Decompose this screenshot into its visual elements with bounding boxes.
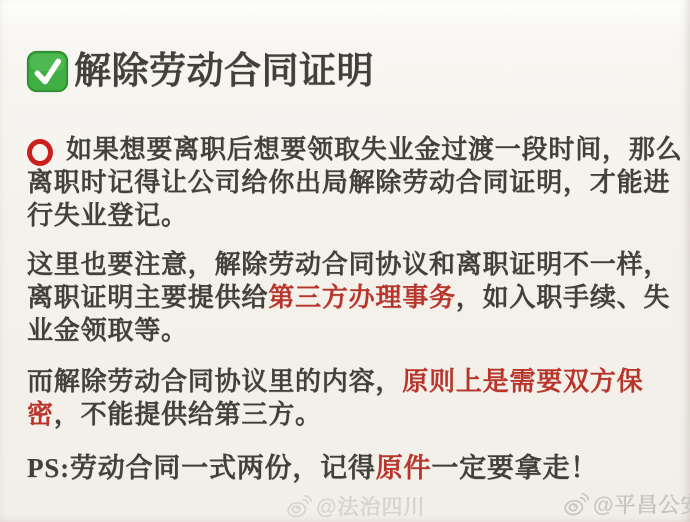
page-title: 解除劳动合同证明 — [26, 50, 374, 93]
body-text: 离职证明主要提供给 — [27, 283, 268, 312]
text-line: 如果想要离职后想要领取失业金过渡一段时间，那么 — [27, 133, 675, 166]
body-text: 而解除劳动合同协议里的内容， — [27, 367, 402, 396]
weibo-icon — [563, 491, 590, 518]
body-text: PS:劳动合同一式两份，记得 — [27, 453, 376, 483]
body-text: 行失业登记。 — [27, 201, 188, 230]
text-line: 离职证明主要提供给第三方办理事务，如入职手续、失 — [27, 281, 675, 314]
paragraph-unemployment-benefit: 如果想要离职后想要领取失业金过渡一段时间，那么离职时记得让公司给你出局解除劳动合… — [27, 133, 675, 232]
highlight-red-text: 第三方办理事务 — [268, 283, 456, 312]
text-line: 密，不能提供给第三方。 — [27, 398, 675, 431]
check-mark-icon — [26, 50, 69, 93]
paragraph-ps-note: PS:劳动合同一式两份，记得原件一定要拿走！ — [27, 451, 675, 486]
text-line: 而解除劳动合同协议里的内容，原则上是需要双方保 — [27, 365, 675, 398]
body-text: 如果想要离职后想要领取失业金过渡一段时间，那么 — [66, 135, 682, 164]
poster: 解除劳动合同证明 如果想要离职后想要领取失业金过渡一段时间，那么离职时记得让公司… — [0, 0, 690, 522]
body-text: 这里也要注意，解除劳动合同协议和离职证明不一样， — [27, 250, 670, 279]
watermark-handle: @法治四川 — [316, 491, 425, 521]
body-text: ，不能提供给第三方。 — [54, 400, 322, 429]
paragraph-third-party-use: 这里也要注意，解除劳动合同协议和离职证明不一样，离职证明主要提供给第三方办理事务… — [27, 248, 675, 347]
watermark-fazhi-sichuan: @法治四川 — [286, 491, 425, 521]
body-text: 业金领取等。 — [27, 316, 188, 345]
watermark-pingchang-gongan: @平昌公安 — [563, 489, 690, 519]
watermark-handle: @平昌公安 — [593, 489, 690, 519]
body-text: 一定要拿走！ — [431, 453, 598, 483]
paragraph-confidentiality: 而解除劳动合同协议里的内容，原则上是需要双方保密，不能提供给第三方。 — [27, 365, 675, 431]
text-line: PS:劳动合同一式两份，记得原件一定要拿走！ — [27, 451, 675, 486]
text-line: 业金领取等。 — [27, 314, 675, 347]
text-line: 离职时记得让公司给你出局解除劳动合同证明，才能进 — [27, 166, 675, 199]
highlight-red-text: 原则上是需要双方保 — [402, 367, 643, 396]
title-text: 解除劳动合同证明 — [74, 50, 374, 93]
weibo-icon — [286, 493, 313, 520]
highlight-red-text: 密 — [27, 400, 54, 429]
body-text: ，如入职手续、失 — [456, 283, 670, 312]
highlight-red-text: 原件 — [376, 453, 432, 483]
body-text: 离职时记得让公司给你出局解除劳动合同证明，才能进 — [27, 168, 670, 197]
text-line: 这里也要注意，解除劳动合同协议和离职证明不一样， — [27, 248, 675, 281]
text-line: 行失业登记。 — [27, 199, 675, 232]
